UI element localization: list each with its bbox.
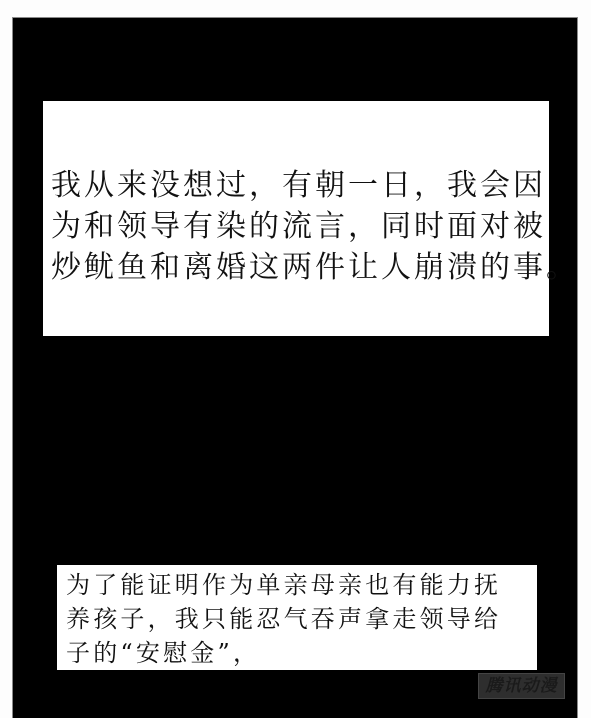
caption-2-line-1: 为了能证明作为单亲母亲也有能力抚 xyxy=(66,568,537,602)
tencent-comics-watermark-logo: 腾讯动漫 xyxy=(478,673,565,699)
comic-page: 我从来没想过，有朝一日，我会因 为和领导有染的流言，同时面对被 炒鱿鱼和离婚这两… xyxy=(0,0,591,718)
caption-1-line-3: 炒鱿鱼和离婚这两件让人崩溃的事。 xyxy=(51,247,549,288)
narration-caption-box-2: 为了能证明作为单亲母亲也有能力抚 养孩子，我只能忍气吞声拿走领导给 子的“安慰金… xyxy=(57,565,537,670)
caption-1-line-2: 为和领导有染的流言，同时面对被 xyxy=(51,206,549,247)
caption-2-line-3: 子的“安慰金”， xyxy=(66,636,537,670)
narration-caption-box-1: 我从来没想过，有朝一日，我会因 为和领导有染的流言，同时面对被 炒鱿鱼和离婚这两… xyxy=(43,101,549,336)
caption-2-line-2: 养孩子，我只能忍气吞声拿走领导给 xyxy=(66,602,537,636)
caption-1-line-1: 我从来没想过，有朝一日，我会因 xyxy=(51,165,549,206)
